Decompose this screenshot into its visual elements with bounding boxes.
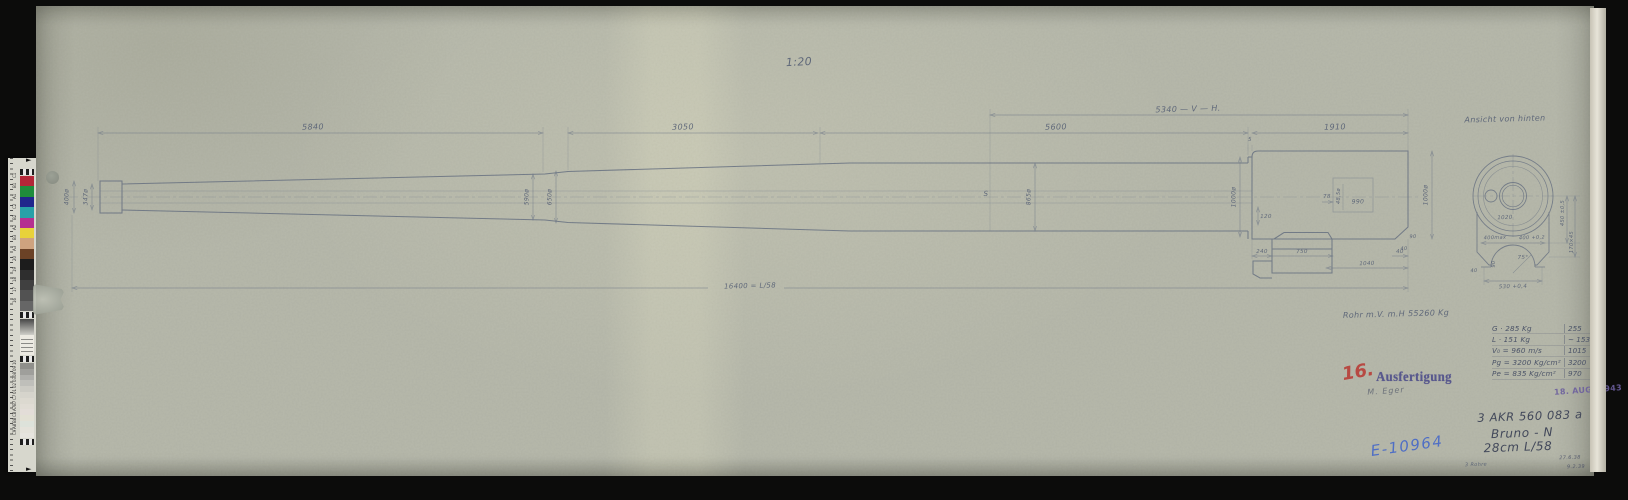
punch-hole-artifact	[46, 171, 59, 184]
table-param: Pe = 835 Kg/cm²	[1492, 369, 1564, 378]
calibration-patch-label: 10	[12, 360, 17, 365]
calibration-checker	[20, 439, 34, 445]
calibration-patch-label: C2	[12, 204, 17, 209]
calibration-light-patches: 100908030201C7B7A7C8B8A8C9	[20, 363, 34, 438]
calibration-arrow-bottom: ►	[26, 466, 31, 473]
dim-label-5: 5	[1248, 137, 1252, 143]
rear-label-530: 530 +0,4	[1499, 284, 1528, 291]
center-of-gravity-mark: S	[983, 190, 988, 198]
dim-label-40-rear: 40	[1400, 246, 1407, 252]
calibration-patch-label: B2	[12, 214, 17, 219]
calibration-patch-label: B8	[12, 418, 17, 423]
calibration-patch-label: 08	[12, 372, 17, 377]
calibration-patch: 18	[20, 280, 34, 290]
barrel-outline	[100, 151, 1408, 278]
dim-label-total-length: 16400 = L/58	[724, 281, 776, 290]
calibration-patch: B2	[20, 218, 34, 228]
dia-label-650: 650ø	[547, 189, 554, 206]
table-row: Pe = 835 Kg/cm² 970	[1492, 369, 1594, 380]
rear-label-40: 40	[1470, 268, 1477, 274]
calibration-patch-label: A3	[12, 245, 17, 250]
calibration-patch-label: 18	[12, 277, 17, 282]
rear-label-75deg: 75°	[1518, 255, 1529, 261]
calibration-patch: 17	[20, 290, 34, 300]
calibration-patch-label: B3	[12, 235, 17, 240]
color-calibration-strip: ► C1B1A1C2B2A2B3A32019181716 10090803020…	[8, 158, 36, 472]
dim-label-78: 78	[1323, 194, 1331, 200]
calibration-patch: A3	[20, 249, 34, 259]
small-note: 3 Rohre	[1465, 462, 1487, 469]
dia-label-400: 400ø	[64, 189, 71, 206]
calibration-patch: B3	[20, 238, 34, 248]
calibration-patch: 19	[20, 270, 34, 280]
table-row: Pg = 3200 Kg/cm² 3200	[1492, 357, 1594, 368]
calibration-patch-label: B1	[12, 183, 17, 188]
table-row: V₀ = 960 m/s 1015	[1492, 346, 1594, 357]
caliber-label: 28cm L/58	[1483, 439, 1552, 455]
dim-label-90-rear: 90	[1409, 234, 1416, 240]
calibration-patch-label: 16	[12, 298, 17, 303]
rear-label-450: 450 ±0,5	[1560, 200, 1566, 226]
chamber-dia-label: 48,5ø	[1336, 188, 1342, 204]
calibration-patch-label: C1	[12, 173, 17, 178]
scanned-drawing-page: ► C1B1A1C2B2A2B3A32019181716 10090803020…	[0, 0, 1628, 500]
calibration-patch-label: A7	[12, 406, 17, 411]
paper-edge-strip	[1590, 8, 1606, 472]
calibration-patch: B1	[20, 186, 34, 196]
dim-label-3050: 3050	[672, 122, 694, 132]
dim-label-240: 240	[1256, 249, 1268, 255]
dim-label-1910: 1910	[1324, 122, 1346, 132]
calibration-patch-label: 19	[12, 266, 17, 271]
bore-lines	[100, 178, 1373, 212]
dim-label-120: 120	[1260, 214, 1272, 220]
calibration-patch-label: A8	[12, 424, 17, 429]
calibration-checker	[20, 312, 34, 318]
rear-label-400max: 400max	[1484, 235, 1507, 242]
rear-label-1020: 1020	[1497, 215, 1513, 221]
table-row: G · 285 Kg 255	[1492, 323, 1594, 334]
dia-label-1000-front: 1000ø	[1231, 187, 1238, 208]
calibration-patch-label: 09	[12, 366, 17, 371]
barrel-technical-drawing	[36, 6, 1594, 476]
calibration-patch: 20	[20, 259, 34, 269]
ballistic-data-table: G · 285 Kg 255 L · 151 Kg ~ 153 V₀ = 960…	[1492, 323, 1594, 380]
table-param: G · 285 Kg	[1492, 324, 1564, 333]
calibration-patch-label: 01	[12, 389, 17, 394]
dia-label-1000-rear: 1000ø	[1423, 185, 1430, 206]
chamber-label-990: 990	[1352, 198, 1365, 205]
calibration-checker	[20, 356, 34, 362]
rear-label-170x45: 170×45	[1569, 231, 1575, 253]
dim-label-750: 750	[1296, 249, 1308, 255]
calibration-patch: A1	[20, 197, 34, 207]
dimension-lines	[72, 115, 1575, 288]
calibration-patch-label: A1	[12, 194, 17, 199]
table-param: V₀ = 960 m/s	[1492, 346, 1564, 355]
ausfertigung-stamp: Ausfertigung	[1376, 369, 1452, 385]
calibration-patch: C9	[20, 433, 34, 439]
dim-label-1040: 1040	[1359, 261, 1375, 267]
calibration-gray-gradient	[20, 319, 34, 335]
calibration-patch-label: A2	[12, 225, 17, 230]
scale-label: 1:20	[786, 55, 813, 69]
calibration-patch-label: C9	[12, 429, 17, 434]
dim-label-5840: 5840	[302, 122, 324, 132]
calibration-patch: C2	[20, 207, 34, 217]
calibration-patch-label: C7	[12, 395, 17, 400]
calibration-patch: 16	[20, 301, 34, 311]
revision-date-1: 27.6.38	[1559, 455, 1581, 462]
calibration-checker	[20, 169, 34, 175]
calibration-inner: C1B1A1C2B2A2B3A32019181716 100908030201C…	[20, 168, 34, 446]
calibration-patch-label: 20	[12, 256, 17, 261]
table-row: L · 151 Kg ~ 153	[1492, 334, 1594, 345]
dia-label-590: 590ø	[524, 189, 531, 206]
calibration-patch: A2	[20, 228, 34, 238]
calibration-patch-label: C8	[12, 412, 17, 417]
calibration-patch: C1	[20, 176, 34, 186]
table-param: L · 151 Kg	[1492, 335, 1564, 344]
calibration-patch-label: 02	[12, 383, 17, 388]
calibration-patch-label: 17	[12, 287, 17, 292]
revision-date-2: 9.2.39	[1567, 464, 1585, 470]
dia-label-347: 347ø	[83, 189, 90, 206]
dia-label-865: 865ø	[1026, 189, 1033, 206]
dim-label-5340-vh: 5340 — V — H.	[1155, 104, 1220, 115]
dim-label-5600: 5600	[1045, 122, 1067, 132]
calibration-arrow-top: ►	[26, 157, 31, 164]
calibration-patches: C1B1A1C2B2A2B3A32019181716	[20, 176, 34, 311]
rear-label-90: 90	[1491, 260, 1497, 267]
drawing-sheet: 1:20 5840 3050 5600 1910 5340 — V — H. 1…	[36, 6, 1594, 476]
calibration-patch-label: 03	[12, 377, 17, 382]
rear-label-400tol: 400 +0,2	[1519, 235, 1545, 242]
table-param: Pg = 3200 Kg/cm²	[1492, 358, 1564, 367]
calibration-white-block	[20, 335, 34, 355]
